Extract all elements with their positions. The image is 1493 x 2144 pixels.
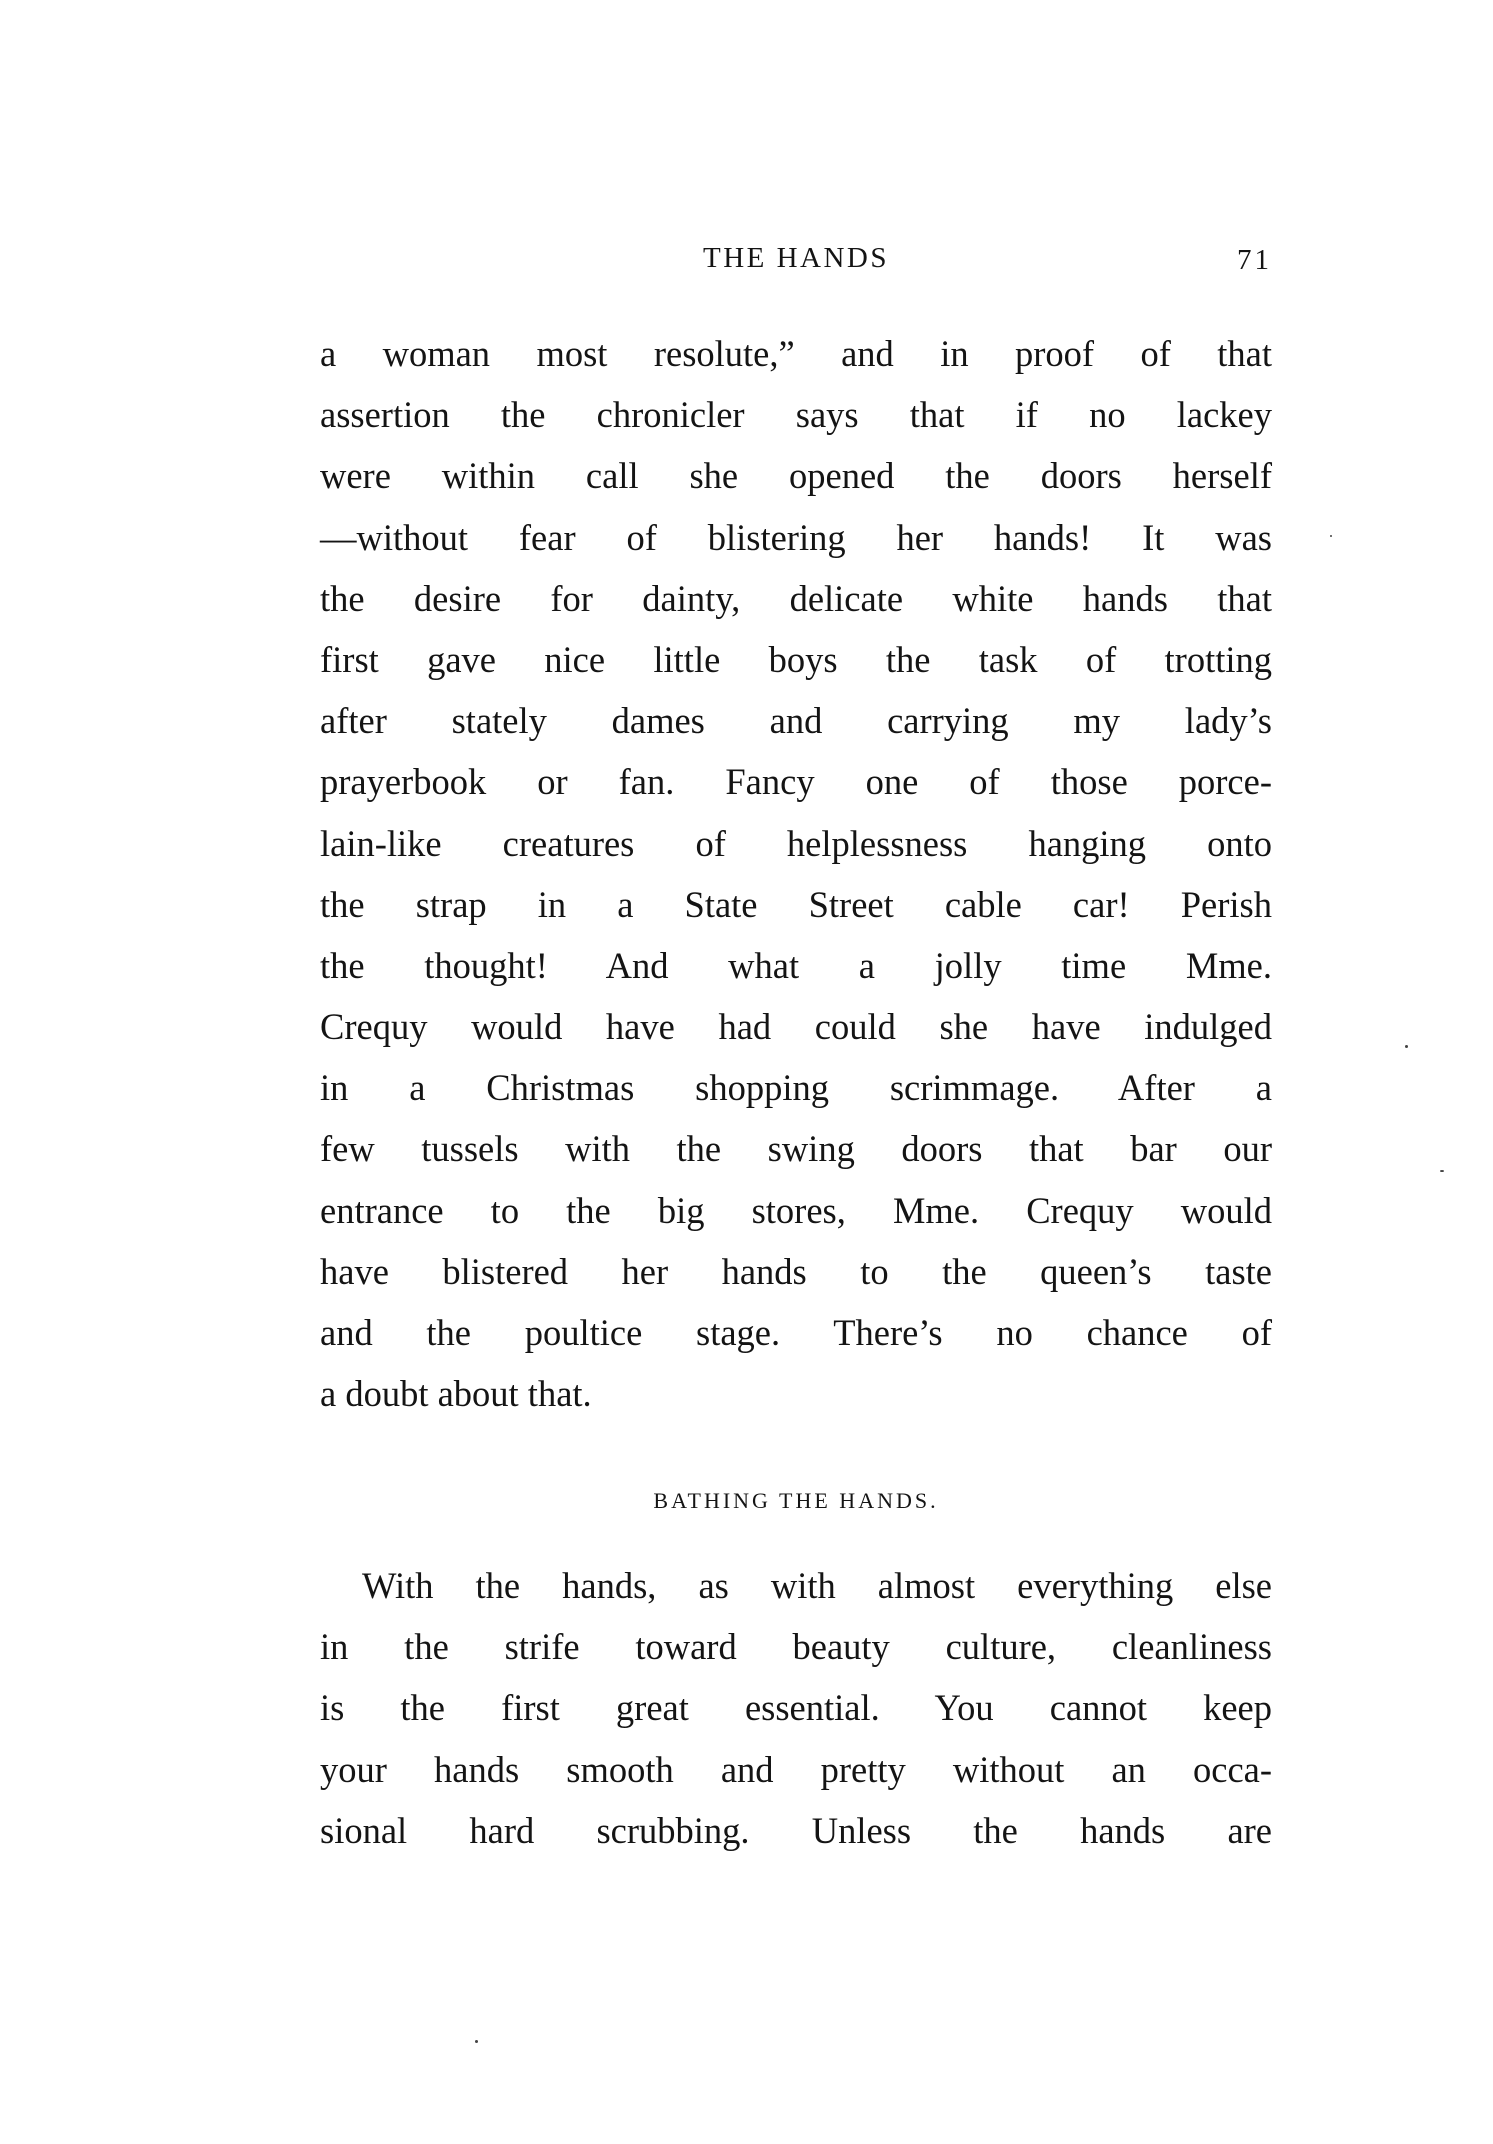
text-line: sional hard scrubbing. Unless the hands …: [320, 1800, 1272, 1861]
text-line: prayerbook or fan. Fancy one of those po…: [320, 751, 1272, 812]
text-line: first gave nice little boys the task of …: [320, 629, 1272, 690]
text-line: have blistered her hands to the queen’s …: [320, 1241, 1272, 1302]
scan-speck: [1330, 535, 1332, 537]
text-line: entrance to the big stores, Mme. Crequy …: [320, 1180, 1272, 1241]
text-line: after stately dames and carrying my lady…: [320, 690, 1272, 751]
scan-speck: [475, 2040, 478, 2043]
text-line: were within call she opened the doors he…: [320, 445, 1272, 506]
text-line: in a Christmas shopping scrimmage. After…: [320, 1057, 1272, 1118]
text-line: lain-like creatures of helplessness hang…: [320, 813, 1272, 874]
paragraph-2: With the hands, as with almost everythin…: [320, 1555, 1272, 1861]
text-line: your hands smooth and pretty without an …: [320, 1739, 1272, 1800]
running-head-title: THE HANDS: [320, 242, 1272, 275]
scan-speck: [1440, 1170, 1444, 1172]
text-line: the strap in a State Street cable car! P…: [320, 874, 1272, 935]
text-line: a doubt about that.: [320, 1363, 1272, 1424]
text-line: and the poultice stage. There’s no chanc…: [320, 1302, 1272, 1363]
text-line: With the hands, as with almost everythin…: [320, 1555, 1272, 1616]
page-number: 71: [1237, 244, 1272, 277]
text-line: the thought! And what a jolly time Mme.: [320, 935, 1272, 996]
text-line: Crequy would have had could she have ind…: [320, 996, 1272, 1057]
text-line: few tussels with the swing doors that ba…: [320, 1118, 1272, 1179]
text-line: —without fear of blistering her hands! I…: [320, 507, 1272, 568]
paragraph-1: a woman most resolute,” and in proof of …: [320, 323, 1272, 1424]
text-line: a woman most resolute,” and in proof of …: [320, 323, 1272, 384]
section-heading: BATHING THE HANDS.: [320, 1488, 1272, 1514]
scan-speck: [1405, 1045, 1408, 1048]
text-line: in the strife toward beauty culture, cle…: [320, 1616, 1272, 1677]
text-line: the desire for dainty, delicate white ha…: [320, 568, 1272, 629]
text-line: is the first great essential. You cannot…: [320, 1677, 1272, 1738]
running-head: THE HANDS 71: [320, 242, 1272, 286]
text-line: assertion the chronicler says that if no…: [320, 384, 1272, 445]
